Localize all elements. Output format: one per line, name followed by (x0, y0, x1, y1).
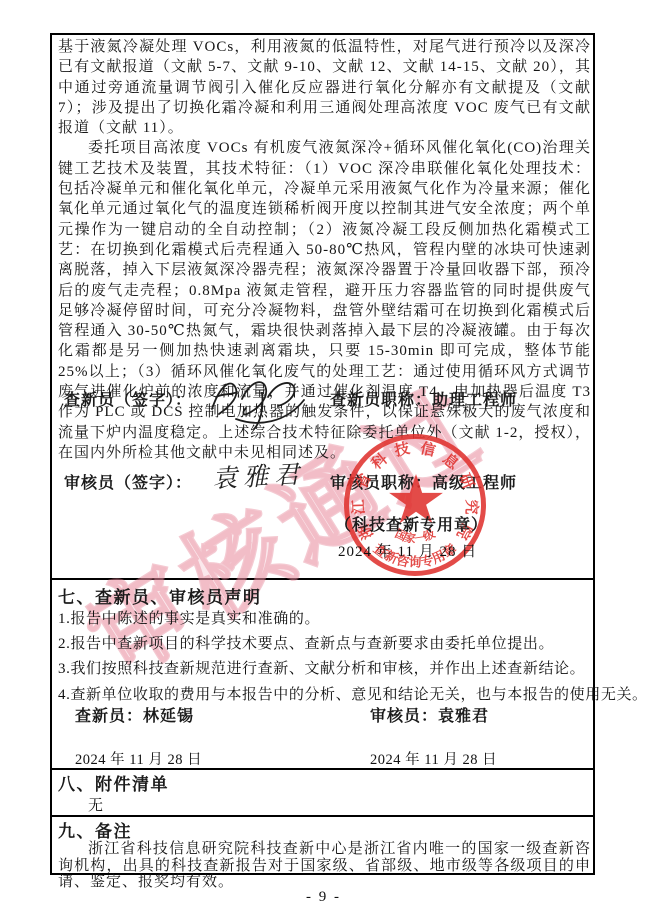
section9-title: 九、备注 (58, 817, 132, 842)
auditor-name: 审核员：袁雅君 (370, 703, 489, 726)
report-page: 审核通过 基于液氮冷凝处理 VOCs，利用液氮的低温特性，对尾气进行预冷以及深冷… (0, 0, 647, 924)
section8-content: 无 (88, 794, 104, 815)
section7-items: 1.报告中陈述的事实是真实和准确的。 2.报告中查新项目的科学技术要点、查新点与… (58, 607, 593, 708)
checker-handwritten-signature (204, 367, 316, 433)
page-number: - 9 - (0, 889, 647, 906)
seal-note: （科技查新专用章） (335, 512, 488, 535)
declaration-item-2: 2.报告中查新项目的科学技术要点、查新点与查新要求由委托单位提出。 (58, 632, 593, 657)
conclusion-paragraph-2: 委托项目高浓度 VOCs 有机废气液氮深冷+循环风催化氧化(CO)治理关键工艺技… (58, 138, 591, 463)
signature-date: 2024 年 11 月 28 日 (338, 540, 477, 561)
declaration-item-3: 3.我们按照科技查新规范进行查新、文献分析和审核，并作出上述查新结论。 (58, 657, 593, 682)
auditor-signature-label: 审核员（签字）： (64, 470, 192, 493)
checker-name: 查新员：林延锡 (75, 703, 194, 726)
checker-date: 2024 年 11 月 28 日 (75, 748, 202, 769)
auditor-date: 2024 年 11 月 28 日 (370, 748, 497, 769)
checker-title-label: 查新员职称：助理工程师 (330, 387, 517, 410)
section9-paragraph: 浙江省科技信息研究院科技查新中心是浙江省内唯一的国家一级查新咨询机构，出具的科技… (58, 841, 591, 891)
section8-title: 八、附件清单 (58, 770, 169, 795)
section7-title: 七、查新员、审核员声明 (58, 583, 262, 608)
conclusion-paragraph-1: 基于液氮冷凝处理 VOCs，利用液氮的低温特性，对尾气进行预冷以及深冷已有文献报… (58, 37, 591, 138)
declaration-item-1: 1.报告中陈述的事实是真实和准确的。 (58, 607, 593, 632)
checker-signature-label: 查新员（签字）： (64, 387, 192, 410)
section9-content: 浙江省科技信息研究院科技查新中心是浙江省内唯一的国家一级查新咨询机构，出具的科技… (58, 841, 591, 891)
auditor-handwritten-signature: 袁雅君 (211, 455, 306, 496)
